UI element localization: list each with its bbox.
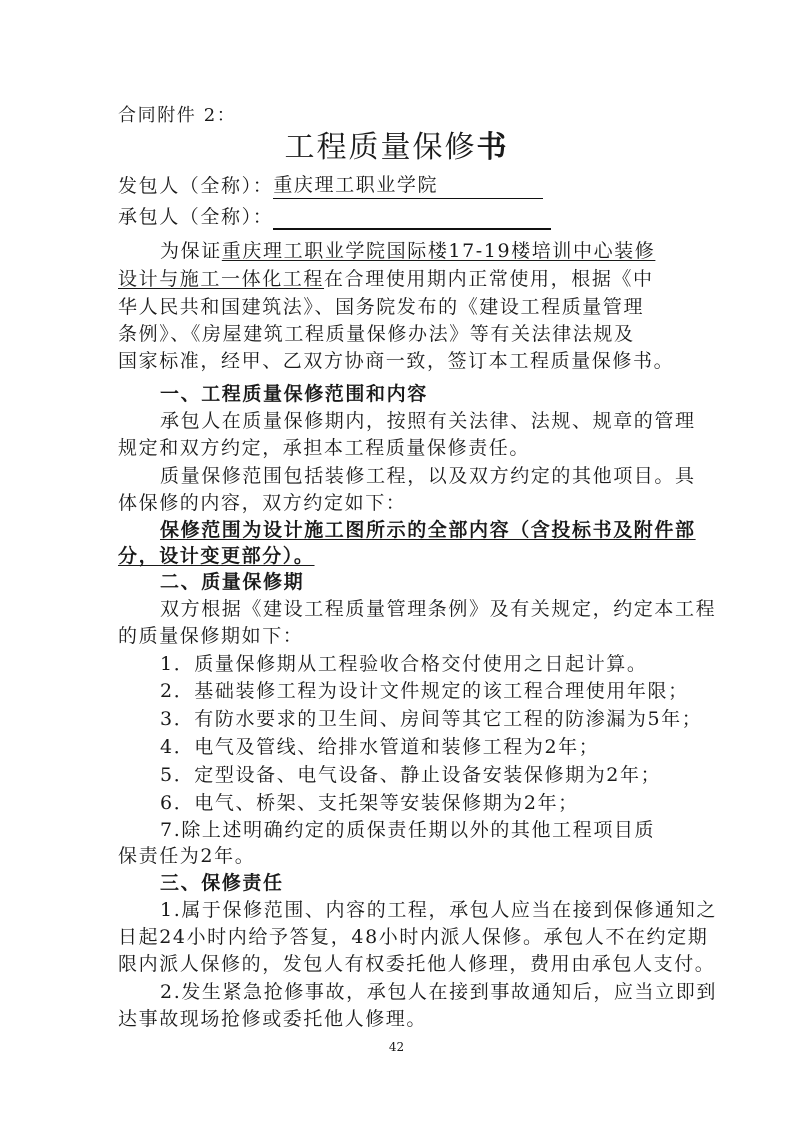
intro-line-4: 条例》、《房屋建筑工程质量保修办法》等有关法律法规及: [118, 321, 635, 347]
intro-line-2: 设计与施工一体化工程在合理使用期内正常使用，根据《中: [118, 266, 654, 292]
section3-p2-line2: 达事故现场抢修或委托他人修理。: [118, 1006, 427, 1032]
title-bold: 书: [477, 130, 509, 165]
section3-heading: 三、保修责任: [160, 870, 284, 896]
title-main: 工程质量保修: [285, 130, 477, 165]
section2-heading: 二、质量保修期: [160, 569, 304, 595]
warranty-item-2: 2．基础装修工程为设计文件规定的该工程合理使用年限；: [160, 678, 689, 704]
section1-p2-line2: 体保修的内容，双方约定如下：: [118, 490, 406, 516]
section3-p1-line1: 1.属于保修范围、内容的工程，承包人应当在接到保修通知之: [160, 897, 717, 923]
intro-prefix: 为保证: [160, 240, 222, 262]
section1-p2-line1: 质量保修范围包括装修工程，以及双方约定的其他项目。具: [160, 463, 696, 489]
scope-line-1: 保修范围为设计施工图所示的全部内容（含投标书及附件部: [160, 517, 696, 543]
intro-line-3: 华人民共和国建筑法》、国务院发布的《建设工程质量管理: [118, 294, 644, 320]
contractor-row: 承包人（全称）：: [118, 204, 551, 230]
section2-p-line2: 的质量保修期如下：: [118, 623, 303, 649]
section1-p1-line2: 规定和双方约定，承担本工程质量保修责任。: [118, 435, 530, 461]
section3-p1-line2: 日起24小时内给予答复，48小时内派人保修。承包人不在约定期: [118, 924, 708, 950]
contractor-label: 承包人（全称）：: [118, 206, 273, 228]
intro-line-1: 为保证重庆理工职业学院国际楼17-19楼培训中心装修: [160, 238, 655, 264]
scope-line-2: 分，设计变更部分）。: [118, 543, 315, 569]
warranty-item-7-line1: 7.除上述明确约定的质保责任期以外的其他工程项目质: [160, 817, 655, 843]
attachment-label: 合同附件 2：: [118, 103, 236, 129]
warranty-item-5: 5．定型设备、电气设备、静止设备安装保修期为2年；: [160, 762, 661, 788]
employer-field: 重庆理工职业学院: [273, 172, 543, 199]
section1-heading: 一、工程质量保修范围和内容: [160, 381, 428, 407]
section2-p-line1: 双方根据《建设工程质量管理条例》及有关规定，约定本工程: [160, 596, 716, 622]
section3-p1-line3: 限内派人保修的，发包人有权委托他人修理，费用由承包人支付。: [118, 951, 715, 977]
section3-p2-line1: 2.发生紧急抢修事故，承包人在接到事故通知后，应当立即到: [160, 979, 717, 1005]
employer-row: 发包人（全称）：重庆理工职业学院: [118, 172, 543, 199]
section1-p1-line1: 承包人在质量保修期内，按照有关法律、法规、规章的管理: [160, 408, 696, 434]
warranty-item-6: 6．电气、桥架、支托架等安装保修期为2年；: [160, 790, 579, 816]
employer-value: 重庆理工职业学院: [273, 174, 438, 196]
project-name-part2: 设计与施工一体化工程: [118, 268, 324, 290]
employer-label: 发包人（全称）：: [118, 175, 273, 197]
page-number: 42: [0, 1040, 793, 1054]
warranty-item-4: 4．电气及管线、给排水管道和装修工程为2年；: [160, 734, 599, 760]
contractor-field: [273, 210, 551, 230]
document-page: 合同附件 2： 工程质量保修书 发包人（全称）：重庆理工职业学院 承包人（全称）…: [0, 0, 793, 1122]
document-title: 工程质量保修书: [0, 128, 793, 168]
warranty-item-3: 3．有防水要求的卫生间、房间等其它工程的防渗漏为5年；: [160, 706, 702, 732]
warranty-item-1: 1．质量保修期从工程验收合格交付使用之日起计算。: [160, 651, 648, 677]
intro-text: 在合理使用期内正常使用，根据《中: [324, 268, 654, 290]
intro-line-5: 国家标准，经甲、乙双方协商一致，签订本工程质量保修书。: [118, 348, 674, 374]
warranty-item-7-line2: 保责任为2年。: [118, 843, 255, 869]
project-name-part1: 重庆理工职业学院国际楼17-19楼培训中心装修: [222, 240, 656, 262]
